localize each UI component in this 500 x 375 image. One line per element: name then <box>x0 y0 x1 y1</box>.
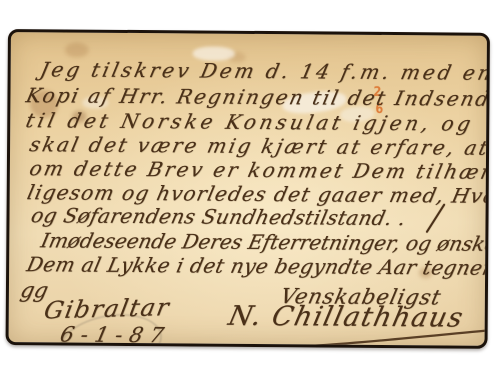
paper-stain <box>65 42 89 57</box>
postcard: 2 6 Jeg tilskrev Dem d. 14 f.m. med en K… <box>6 29 490 349</box>
handwritten-line-1: Jeg tilskrev Dem d. 14 f.m. med en <box>38 56 490 86</box>
scanned-postcard-page: 2 6 Jeg tilskrev Dem d. 14 f.m. med en K… <box>0 0 500 375</box>
date-written: 6-1-87 <box>58 321 173 348</box>
place-name: Gibraltar <box>42 294 172 323</box>
handwritten-line-9: Dem al Lykke i det nye begyndte Aar tegn… <box>24 251 490 281</box>
signature-flourish <box>226 324 488 349</box>
